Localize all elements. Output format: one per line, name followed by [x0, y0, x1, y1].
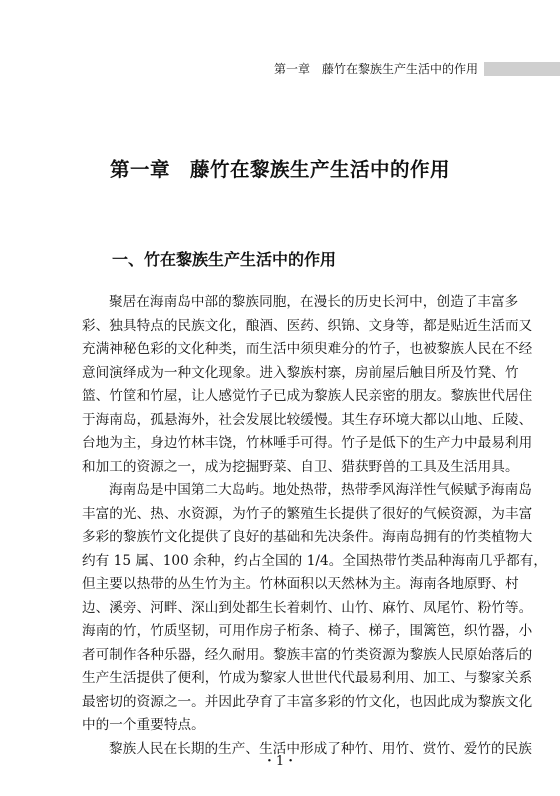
text-line: 生产生活提供了便利，竹成为黎家人世世代代最易利用、加工、与黎家关系 [82, 667, 482, 691]
text-line: 聚居在海南岛中部的黎族同胞，在漫长的历史长河中，创造了丰富多 [82, 291, 482, 315]
page-number: ・1・ [0, 753, 560, 771]
section-heading: 一、竹在黎族生产生活中的作用 [112, 248, 336, 272]
text-line: 意间演绎成为一种文化现象。进入黎族村寨，房前屋后触目所及竹凳、竹 [82, 362, 482, 386]
paragraph-2: 海南岛是中国第二大岛屿。地处热带，热带季风海洋性气候赋予海南岛 丰富的光、热、水… [82, 479, 482, 738]
text-line: 约有 15 属、100 余种，约占全国的 1/4。全国热带竹类品种海南几乎都有， [82, 550, 482, 574]
text-line: 者可制作各种乐器，经久耐用。黎族丰富的竹类资源为黎族人民原始落后的 [82, 644, 482, 668]
running-header-bar [484, 62, 560, 76]
text-line: 海南的竹，竹质坚韧，可用作房子桁条、椅子、梯子，围篱笆，织竹器，小 [82, 620, 482, 644]
text-line: 篮、竹筐和竹屋，让人感觉竹子已成为黎族人民亲密的朋友。黎族世代居住 [82, 385, 482, 409]
chapter-title: 第一章 藤竹在黎族生产生活中的作用 [0, 156, 560, 184]
running-header-title: 第一章 藤竹在黎族生产生活中的作用 [274, 60, 478, 78]
text-line: 海南岛是中国第二大岛屿。地处热带，热带季风海洋性气候赋予海南岛 [82, 479, 482, 503]
text-line: 多彩的黎族竹文化提供了良好的基础和先决条件。海南岛拥有的竹类植物大 [82, 526, 482, 550]
text-line: 中的一个重要特点。 [82, 714, 482, 738]
text-line: 最密切的资源之一。并因此孕育了丰富多彩的竹文化，也因此成为黎族文化 [82, 691, 482, 715]
text-line: 边、溪旁、河畔、深山到处都生长着刺竹、山竹、麻竹、凤尾竹、粉竹等。 [82, 597, 482, 621]
paragraph-1: 聚居在海南岛中部的黎族同胞，在漫长的历史长河中，创造了丰富多 彩、独具特点的民族… [82, 291, 482, 479]
body-text: 聚居在海南岛中部的黎族同胞，在漫长的历史长河中，创造了丰富多 彩、独具特点的民族… [82, 291, 482, 761]
running-header: 第一章 藤竹在黎族生产生活中的作用 [0, 60, 560, 78]
text-line: 丰富的光、热、水资源，为竹子的繁殖生长提供了很好的气候资源，为丰富 [82, 503, 482, 527]
text-line: 充满神秘色彩的文化种类，而生活中须臾难分的竹子，也被黎族人民在不经 [82, 338, 482, 362]
text-line: 但主要以热带的丛生竹为主。竹林面积以天然林为主。海南各地原野、村 [82, 573, 482, 597]
text-line: 和加工的资源之一，成为挖掘野菜、自卫、猎获野兽的工具及生活用具。 [82, 456, 482, 480]
text-line: 彩、独具特点的民族文化，酿酒、医药、织锦、文身等，都是贴近生活而又 [82, 315, 482, 339]
text-line: 台地为主，身边竹林丰饶，竹林唾手可得。竹子是低下的生产力中最易利用 [82, 432, 482, 456]
text-line: 于海南岛，孤悬海外，社会发展比较缓慢。其生存环境大都以山地、丘陵、 [82, 409, 482, 433]
